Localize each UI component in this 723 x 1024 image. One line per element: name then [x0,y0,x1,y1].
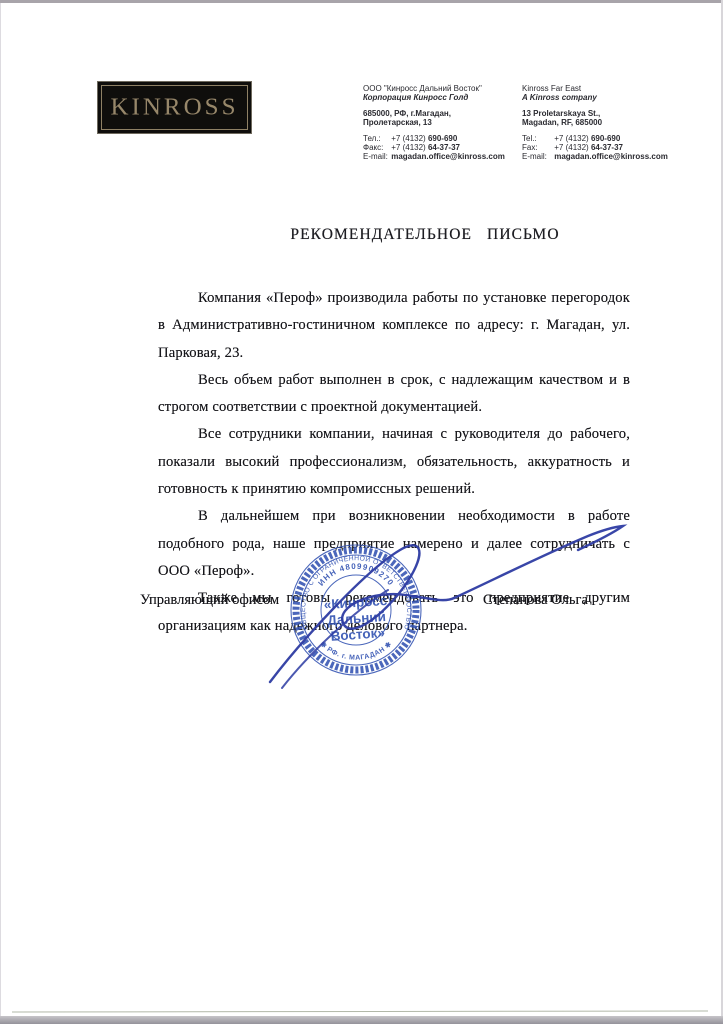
signature-stroke-loops [270,545,454,682]
company-subtitle-ru: Корпорация Кинросс Голд [363,93,505,102]
signature-stroke-tail [282,590,388,688]
scan-edge-bottom [0,1016,723,1024]
email-line-ru: E-mail: magadan.office@kinross.com [363,152,505,161]
email-line-en: E-mail: magadan.office@kinross.com [522,152,668,161]
paragraph: Все сотрудники компании, начиная с руков… [158,421,630,503]
kinross-logo-text: KINROSS [111,96,239,120]
header-column-russian: ООО "Кинросс Дальний Восток" Корпорация … [363,84,505,161]
kinross-logo: KINROSS [97,81,252,134]
address-line1-en: 13 Proletarskaya St., [522,109,668,118]
address-line1-ru: 685000, РФ, г.Магадан, [363,109,505,118]
header-column-english: Kinross Far East A Kinross company 13 Pr… [522,84,668,161]
phone-line-en: Tel.: +7 (4132) 690-690 [522,134,668,143]
paragraph: Весь объем работ выполнен в срок, с надл… [158,367,630,422]
fax-line-en: Fax: +7 (4132) 64-37-37 [522,143,668,152]
scanned-letter-page: KINROSS ООО "Кинросс Дальний Восток" Кор… [0,0,723,1024]
letter-title: РЕКОМЕНДАТЕЛЬНОЕ ПИСЬМО [189,226,661,244]
signature-stroke-hidden [454,528,513,598]
signature-graphic [248,510,648,720]
company-subtitle-en: A Kinross company [522,93,668,102]
address-line2-en: Magadan, RF, 685000 [522,118,668,127]
paragraph: Компания «Пероф» производила работы по у… [158,285,630,367]
fax-line-ru: Факс: +7 (4132) 64-37-37 [363,143,505,152]
scan-artifact-line [12,1011,708,1013]
company-name-ru: ООО "Кинросс Дальний Восток" [363,84,505,93]
signature-stroke-flourish [454,526,623,598]
kinross-logo-frame: KINROSS [101,85,248,130]
address-line2-ru: Пролетарская, 13 [363,118,505,127]
scan-edge-top [0,0,723,3]
company-name-en: Kinross Far East [522,84,668,93]
phone-line-ru: Тел.: +7 (4132) 690-690 [363,134,505,143]
